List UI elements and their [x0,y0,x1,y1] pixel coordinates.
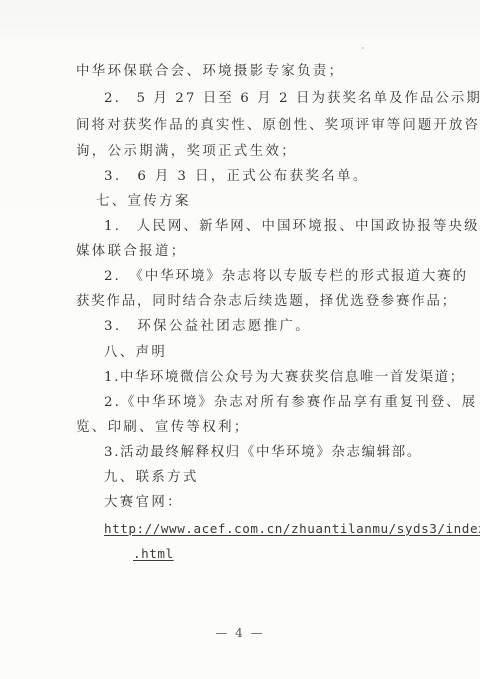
section-heading-contact: 九、联系方式 [104,470,199,486]
page-number: — 4 — [0,626,480,640]
text-line-volunteer-promo: 3. 环保公益社团志愿推广。 [104,319,311,335]
scan-speck [362,47,364,49]
official-site-link-cont[interactable]: .html [133,546,174,562]
text-line-statement-2-cont: 览、印刷、宣传等权利； [76,420,250,436]
text-line-media-coverage-2: 媒体联合报道； [76,244,187,260]
official-site-link[interactable]: http://www.acef.com.cn/zhuantilanmu/syds… [104,521,480,537]
text-line-statement-2: 2.《中华环境》杂志对所有参赛作品享有重复刊登、展 [104,395,477,411]
document-page: 中华环保联合会、环境摄影专家负责； 2. 5 月 27 日至 6 月 2 日为获… [0,0,480,679]
text-line-announce-date: 3. 6 月 3 日，正式公布获奖名单。 [104,169,369,185]
text-line-media-coverage: 1. 人民网、新华网、中国环境报、中国政协报等央级 [104,219,480,235]
text-line-publicity-period-3: 询，公示期满，奖项正式生效； [76,144,297,160]
text-line-official-site-label: 大赛官网： [104,495,183,511]
text-line-magazine-report-2: 获奖作品，同时结合杂志后续选题，择优选登参赛作品； [76,294,457,310]
section-heading-statement: 八、声明 [104,345,167,361]
text-line-statement-3: 3.活动最终解释权归《中华环境》杂志编辑部。 [104,445,422,461]
section-heading-publicity-plan: 七、宣传方案 [96,194,191,210]
text-line-statement-1: 1.中华环境微信公众号为大赛获奖信息唯一首发渠道； [104,370,465,386]
text-line-publicity-period: 2. 5 月 27 日至 6 月 2 日为获奖名单及作品公示期，期 [104,91,480,107]
text-line-magazine-report: 2. 《中华环境》杂志将以专版专栏的形式报道大赛的 [104,269,468,285]
text-line-award-org: 中华环保联合会、环境摄影专家负责； [76,64,344,80]
text-line-publicity-period-2: 间将对获奖作品的真实性、原创性、奖项评审等问题开放咨 [76,118,480,134]
